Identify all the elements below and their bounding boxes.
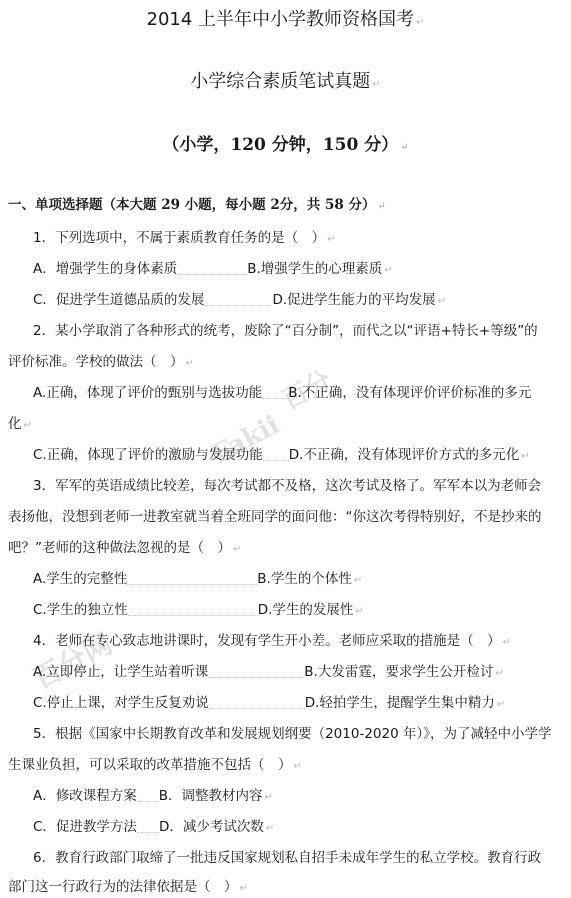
paragraph-mark-icon: ↵ [327,234,335,245]
option-row: A.正确，体现了评价的甄别与选拔功能B.不正确，没有体现评价评价标准的多元 [33,384,531,402]
tab-leader [262,388,288,399]
option-d: D.学生的发展性 [258,602,354,618]
option-d: D.轻拍学生，提醒学生集中精力 [305,695,495,711]
question-stem: 6．教育行政部门取缔了一批违反国家规划私自招手未成年学生的私立学校。教育行政 [33,849,541,867]
question-stem-cont: 表扬他，没想到老师一进教室就当着全班同学的面问他：“你这次考得特别好，不是抄来的 [8,508,542,526]
option-row: A.立即停止，让学生站着听课B.大发雷霆，要求学生公开检讨↵ [33,663,504,683]
paragraph-mark-icon: ↵ [495,668,503,679]
option-c: C.学生的独立性 [33,602,128,618]
section-heading: 一、单项选择题（本大题 29 小题，每小题 2分，共 58 分）↵ [8,196,386,216]
option-b: B．调整教材内容 [159,788,263,804]
tab-leader [127,574,257,585]
paragraph-mark-icon: ↵ [503,637,511,648]
question-stem: 3．军军的英语成绩比较差，每次考试都不及格，这次考试及格了。军军本以为老师会 [33,477,541,495]
paragraph-mark-icon: ↵ [265,792,273,803]
option-d: D.不正确，没有体现评价方式的多元化 [289,447,520,463]
option-a: A．增强学生的身体素质 [33,261,177,277]
option-row: A．增强学生的身体素质B.增强学生的心理素质↵ [33,260,393,280]
option-row: C.停止上课，对学生反复劝说D.轻拍学生，提醒学生集中精力↵ [33,694,505,714]
option-c: C.停止上课，对学生反复劝说 [33,695,209,711]
tab-leader [128,605,258,616]
paragraph-mark-icon: ↵ [377,201,385,212]
option-c: C.正确，体现了评价的激励与发展功能 [33,447,263,463]
document-subtitle: 小学综合素质笔试真题↵ [0,70,571,97]
paragraph-mark-icon: ↵ [294,761,302,772]
option-row: C.正确，体现了评价的激励与发展功能D.不正确，没有体现评价方式的多元化↵ [33,446,530,466]
option-c: C．促进教学方法 [33,819,137,835]
option-d: D．减少考试次数 [159,819,264,835]
document-title: 2014 上半年中小学教师资格国考↵ [0,8,571,35]
paragraph-mark-icon: ↵ [24,420,32,431]
paragraph-mark-icon: ↵ [416,17,424,28]
paragraph-mark-icon: ↵ [240,883,248,894]
option-b: B.不正确，没有体现评价评价标准的多元 [288,385,531,401]
paragraph-mark-icon: ↵ [354,575,362,586]
paragraph-mark-icon: ↵ [266,823,274,834]
tab-leader [263,450,289,461]
option-a: A.学生的完整性 [33,571,127,587]
option-d: D.促进学生能力的平均发展 [272,292,435,308]
paragraph-mark-icon: ↵ [384,265,392,276]
question-stem-cont: 生课业负担，可以采取的改革措施不包括（ ）↵ [8,756,302,776]
paragraph-mark-icon: ↵ [521,451,529,462]
tab-leader [177,264,247,275]
tab-leader [137,822,159,833]
option-row: C．促进教学方法D．减少考试次数↵ [33,818,274,838]
option-c: C．促进学生道德品质的发展 [33,292,204,308]
tab-leader [204,295,272,306]
question-stem: 1．下列选项中，不属于素质教育任务的是（ ）↵ [33,229,335,249]
option-b: B.学生的个体性 [257,571,352,587]
question-stem-cont: 评价标准。学校的做法（ ）↵ [8,353,194,373]
paragraph-mark-icon: ↵ [497,699,505,710]
paragraph-mark-icon: ↵ [400,142,408,153]
option-row: C．促进学生道德品质的发展D.促进学生能力的平均发展↵ [33,291,446,311]
question-stem-cont: 部门这一行政行为的法律依据是（ ）↵ [8,878,248,898]
paragraph-mark-icon: ↵ [372,79,380,90]
option-b: B.大发雷霆，要求学生公开检讨 [304,664,493,680]
paragraph-mark-icon: ↵ [355,606,363,617]
option-a: A.立即停止，让学生站着听课 [33,664,208,680]
paragraph-mark-icon: ↵ [438,296,446,307]
tab-leader [209,698,305,709]
option-b-cont: 化↵ [8,415,32,435]
tab-leader [137,791,159,802]
option-row: C.学生的独立性D.学生的发展性↵ [33,601,364,621]
question-stem: 5．根据《国家中长期教育改革和发展规划纲要（2010-2020 年）》，为了减轻… [33,725,551,743]
exam-meta: （小学，120 分钟，150 分）↵ [0,133,571,160]
paragraph-mark-icon: ↵ [233,544,241,555]
question-stem: 2．某小学取消了各种形式的统考，废除了“百分制”，而代之以“评语+特长+等级”的 [33,322,538,340]
tab-leader [208,667,304,678]
question-stem: 4．老师在专心致志地讲课时，发现有学生开小差。老师应采取的措施是（ ）↵ [33,632,511,652]
option-row: A．修改课程方案B．调整教材内容↵ [33,787,273,807]
option-row: A.学生的完整性B.学生的个体性↵ [33,570,362,590]
paragraph-mark-icon: ↵ [186,358,194,369]
option-a: A.正确，体现了评价的甄别与选拔功能 [33,385,262,401]
option-a: A．修改课程方案 [33,788,137,804]
option-b: B.增强学生的心理素质 [247,261,382,277]
question-stem-cont: 吧？”老师的这种做法忽视的是（ ）↵ [8,539,241,559]
